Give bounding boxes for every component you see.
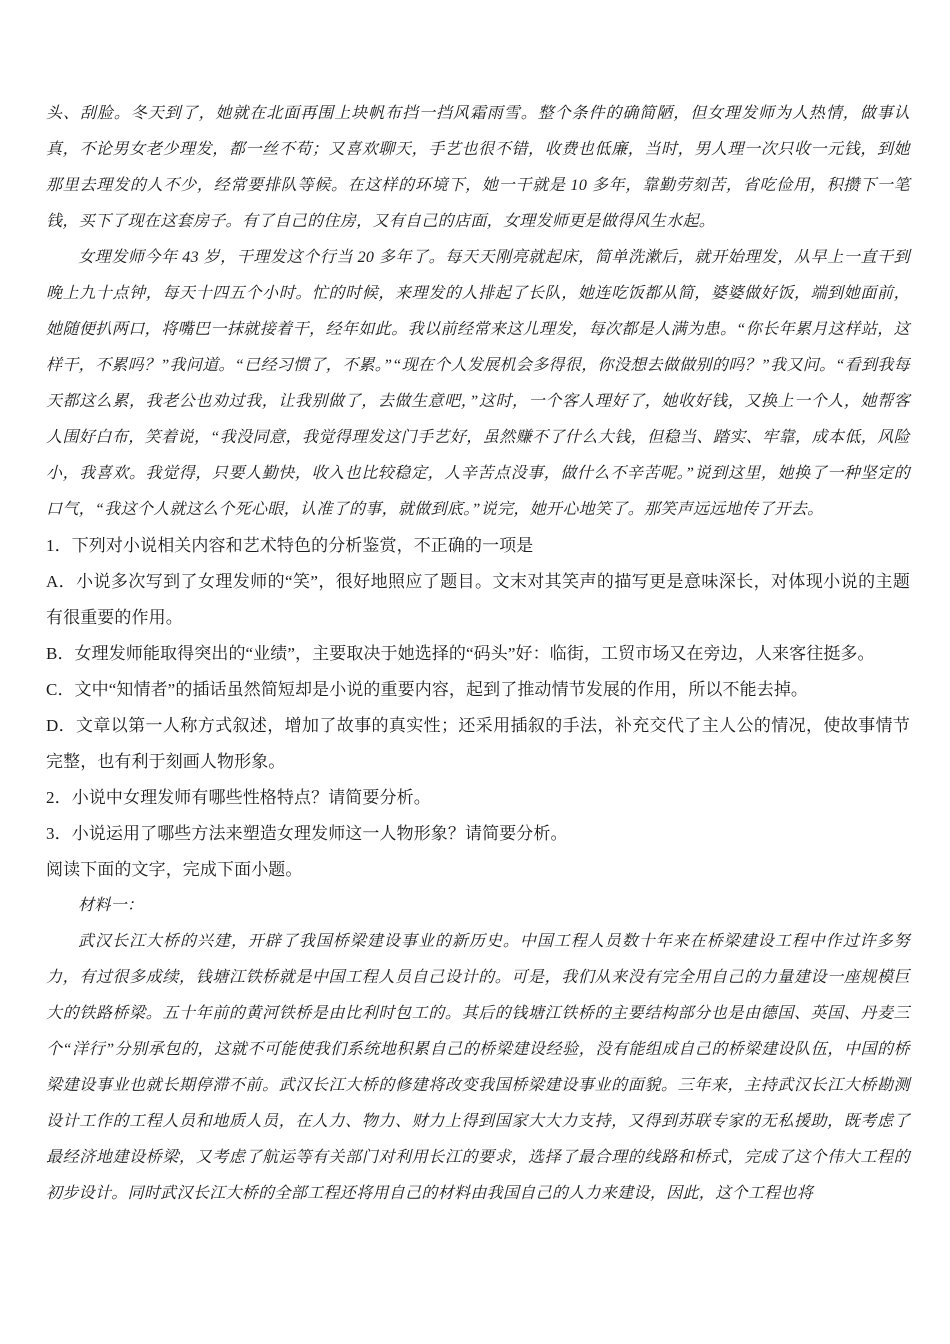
question-1-option-d: D．文章以第一人称方式叙述，增加了故事的真实性；还采用插叙的手法，补充交代了主人… (46, 708, 910, 780)
question-3: 3．小说运用了哪些方法来塑造女理发师这一人物形象？请简要分析。 (46, 816, 910, 852)
question-1-option-a: A．小说多次写到了女理发师的“笑”，很好地照应了题目。文末对其笑声的描写更是意味… (46, 564, 910, 636)
story-paragraph-2: 女理发师今年 43 岁，干理发这个行当 20 多年了。每天天刚亮就起床，简单洗漱… (46, 240, 910, 528)
story-passage-section: 头、刮脸。冬天到了，她就在北面再围上块帆布挡一挡风霜雨雪。整个条件的确简陋，但女… (46, 96, 910, 528)
material-passage-section: 阅读下面的文字，完成下面小题。 材料一： 武汉长江大桥的兴建，开辟了我国桥梁建设… (46, 852, 910, 1212)
material-1-label: 材料一： (46, 888, 910, 924)
exam-page: 头、刮脸。冬天到了，她就在北面再围上块帆布挡一挡风霜雨雪。整个条件的确简陋，但女… (0, 0, 950, 1344)
question-1-stem: 1．下列对小说相关内容和艺术特色的分析鉴赏，不正确的一项是 (46, 528, 910, 564)
material-1-paragraph: 武汉长江大桥的兴建，开辟了我国桥梁建设事业的新历史。中国工程人员数十年来在桥梁建… (46, 924, 910, 1212)
question-1-option-b: B．女理发师能取得突出的“业绩”，主要取决于她选择的“码头”好：临街，工贸市场又… (46, 636, 910, 672)
question-section: 1．下列对小说相关内容和艺术特色的分析鉴赏，不正确的一项是 A．小说多次写到了女… (46, 528, 910, 852)
question-1-option-c: C．文中“知情者”的插话虽然简短却是小说的重要内容，起到了推动情节发展的作用，所… (46, 672, 910, 708)
story-paragraph-continuation: 头、刮脸。冬天到了，她就在北面再围上块帆布挡一挡风霜雨雪。整个条件的确简陋，但女… (46, 96, 910, 240)
question-2: 2．小说中女理发师有哪些性格特点？请简要分析。 (46, 780, 910, 816)
reading-instruction: 阅读下面的文字，完成下面小题。 (46, 852, 910, 888)
